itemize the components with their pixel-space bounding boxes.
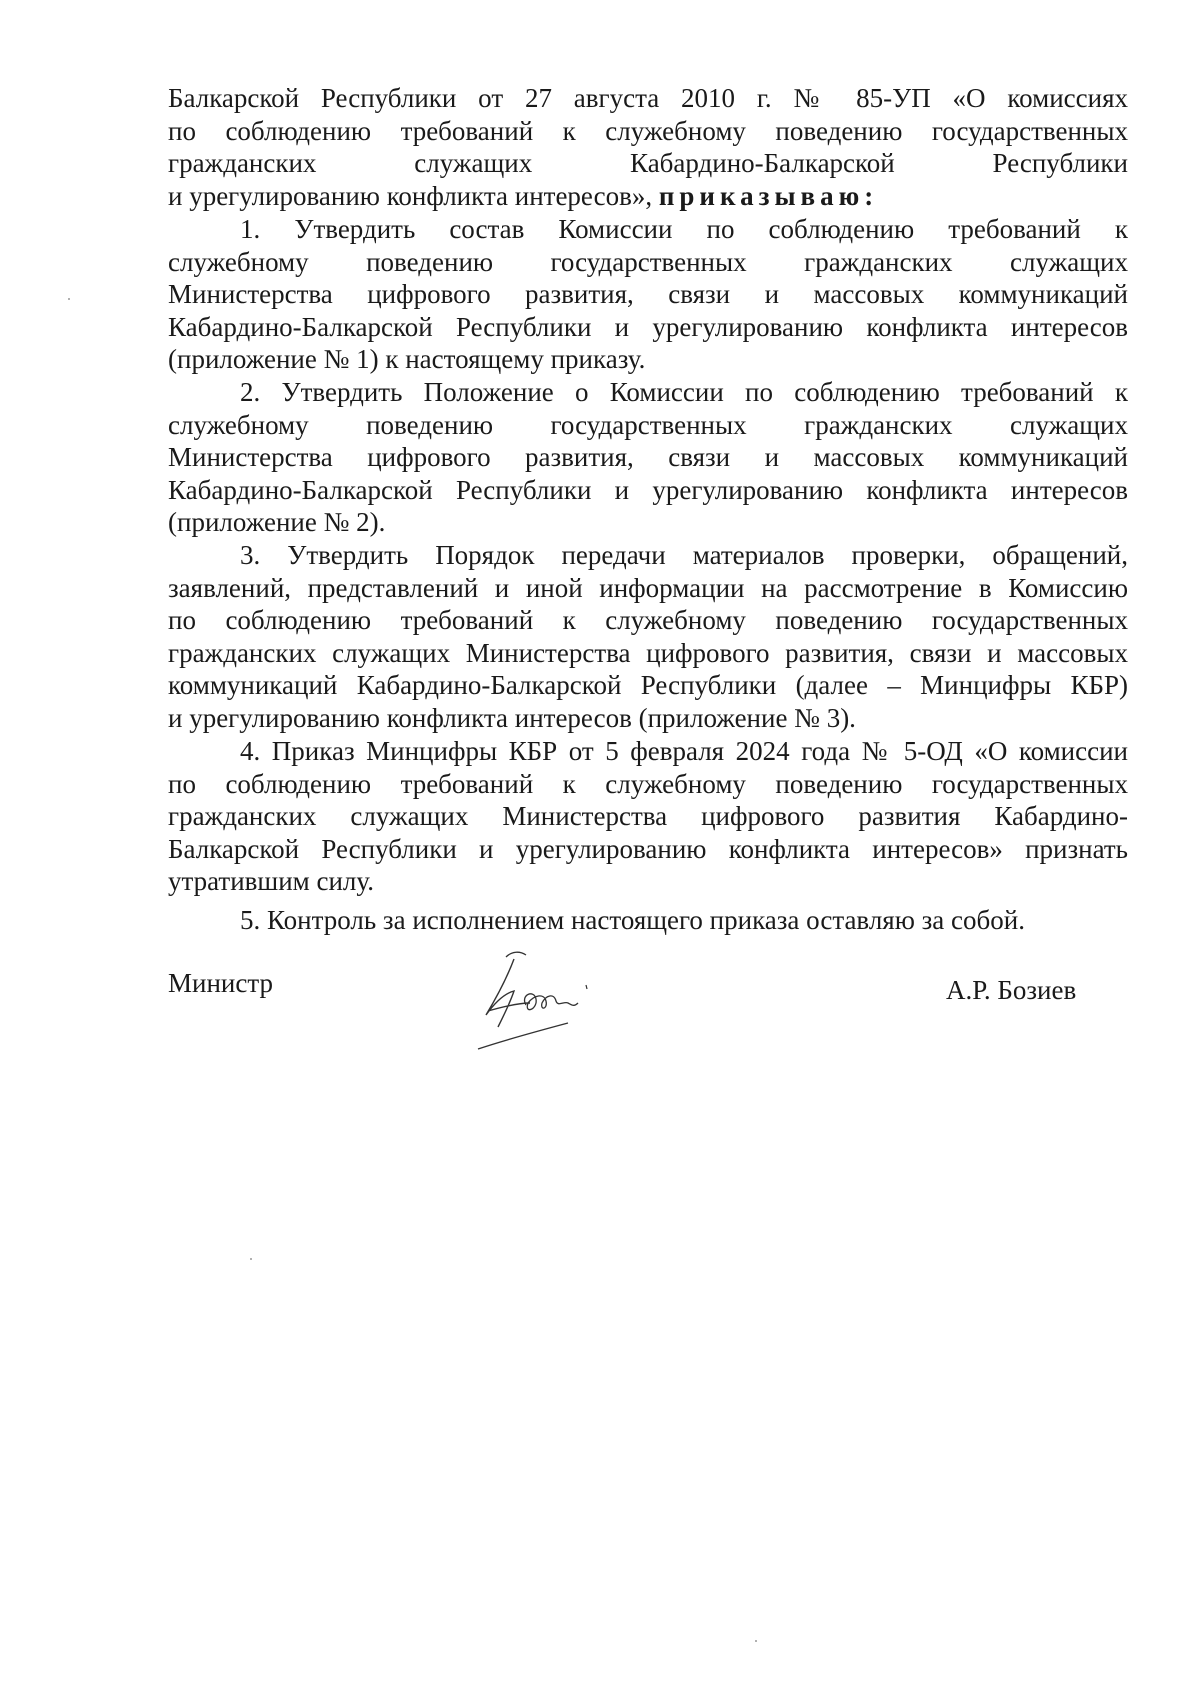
item-line: (приложение № 1) к настоящему приказу. xyxy=(168,343,1128,376)
item-line: 5. Контроль за исполнением настоящего пр… xyxy=(168,904,1128,937)
item-line: служебному поведению государственных гра… xyxy=(168,409,1128,442)
preamble-last-text: и урегулированию конфликта интересов», xyxy=(168,181,652,211)
item-line: и урегулированию конфликта интересов (пр… xyxy=(168,702,1128,735)
signer-name: А.Р. Бозиев xyxy=(946,975,1076,1006)
preamble-line: Балкарской Республики от 27 августа 2010… xyxy=(168,82,1128,115)
scan-speck xyxy=(755,1640,757,1642)
scan-speck xyxy=(68,298,70,300)
item-line: гражданских служащих Министерства цифров… xyxy=(168,637,1128,670)
preamble: Балкарской Республики от 27 августа 2010… xyxy=(168,82,1128,212)
item-line: Кабардино-Балкарской Республики и урегул… xyxy=(168,474,1128,507)
item-1: 1. Утвердить состав Комиссии по соблюден… xyxy=(168,213,1128,376)
order-word: приказываю: xyxy=(659,181,878,211)
item-line: коммуникаций Кабардино-Балкарской Респуб… xyxy=(168,669,1128,702)
item-line: по соблюдению требований к служебному по… xyxy=(168,768,1128,801)
item-line: Министерства цифрового развития, связи и… xyxy=(168,441,1128,474)
preamble-last-line: и урегулированию конфликта интересов», п… xyxy=(168,180,1128,213)
preamble-line: по соблюдению требований к служебному по… xyxy=(168,115,1128,148)
item-line: служебному поведению государственных гра… xyxy=(168,246,1128,279)
item-line: 2. Утвердить Положение о Комиссии по соб… xyxy=(168,376,1128,409)
item-5: 5. Контроль за исполнением настоящего пр… xyxy=(168,904,1128,937)
item-line: Кабардино-Балкарской Республики и урегул… xyxy=(168,311,1128,344)
item-4: 4. Приказ Минцифры КБР от 5 февраля 2024… xyxy=(168,735,1128,898)
item-3: 3. Утвердить Порядок передачи материалов… xyxy=(168,539,1128,735)
item-line: Министерства цифрового развития, связи и… xyxy=(168,278,1128,311)
item-line: по соблюдению требований к служебному по… xyxy=(168,604,1128,637)
item-line: 3. Утвердить Порядок передачи материалов… xyxy=(168,539,1128,572)
item-2: 2. Утвердить Положение о Комиссии по соб… xyxy=(168,376,1128,539)
item-line: утратившим силу. xyxy=(168,865,1128,898)
signer-position: Министр xyxy=(168,968,273,999)
item-line: гражданских служащих Министерства цифров… xyxy=(168,800,1128,833)
scan-speck xyxy=(250,1258,252,1260)
item-line: (приложение № 2). xyxy=(168,506,1128,539)
item-line: 1. Утвердить состав Комиссии по соблюден… xyxy=(168,213,1128,246)
handwritten-signature-icon xyxy=(468,945,638,1055)
item-line: 4. Приказ Минцифры КБР от 5 февраля 2024… xyxy=(168,735,1128,768)
preamble-line: гражданских служащих Кабардино-Балкарско… xyxy=(168,147,1128,180)
document-page: Балкарской Республики от 27 августа 2010… xyxy=(0,0,1200,1697)
item-line: заявлений, представлений и иной информац… xyxy=(168,572,1128,605)
item-line: Балкарской Республики и урегулированию к… xyxy=(168,833,1128,866)
